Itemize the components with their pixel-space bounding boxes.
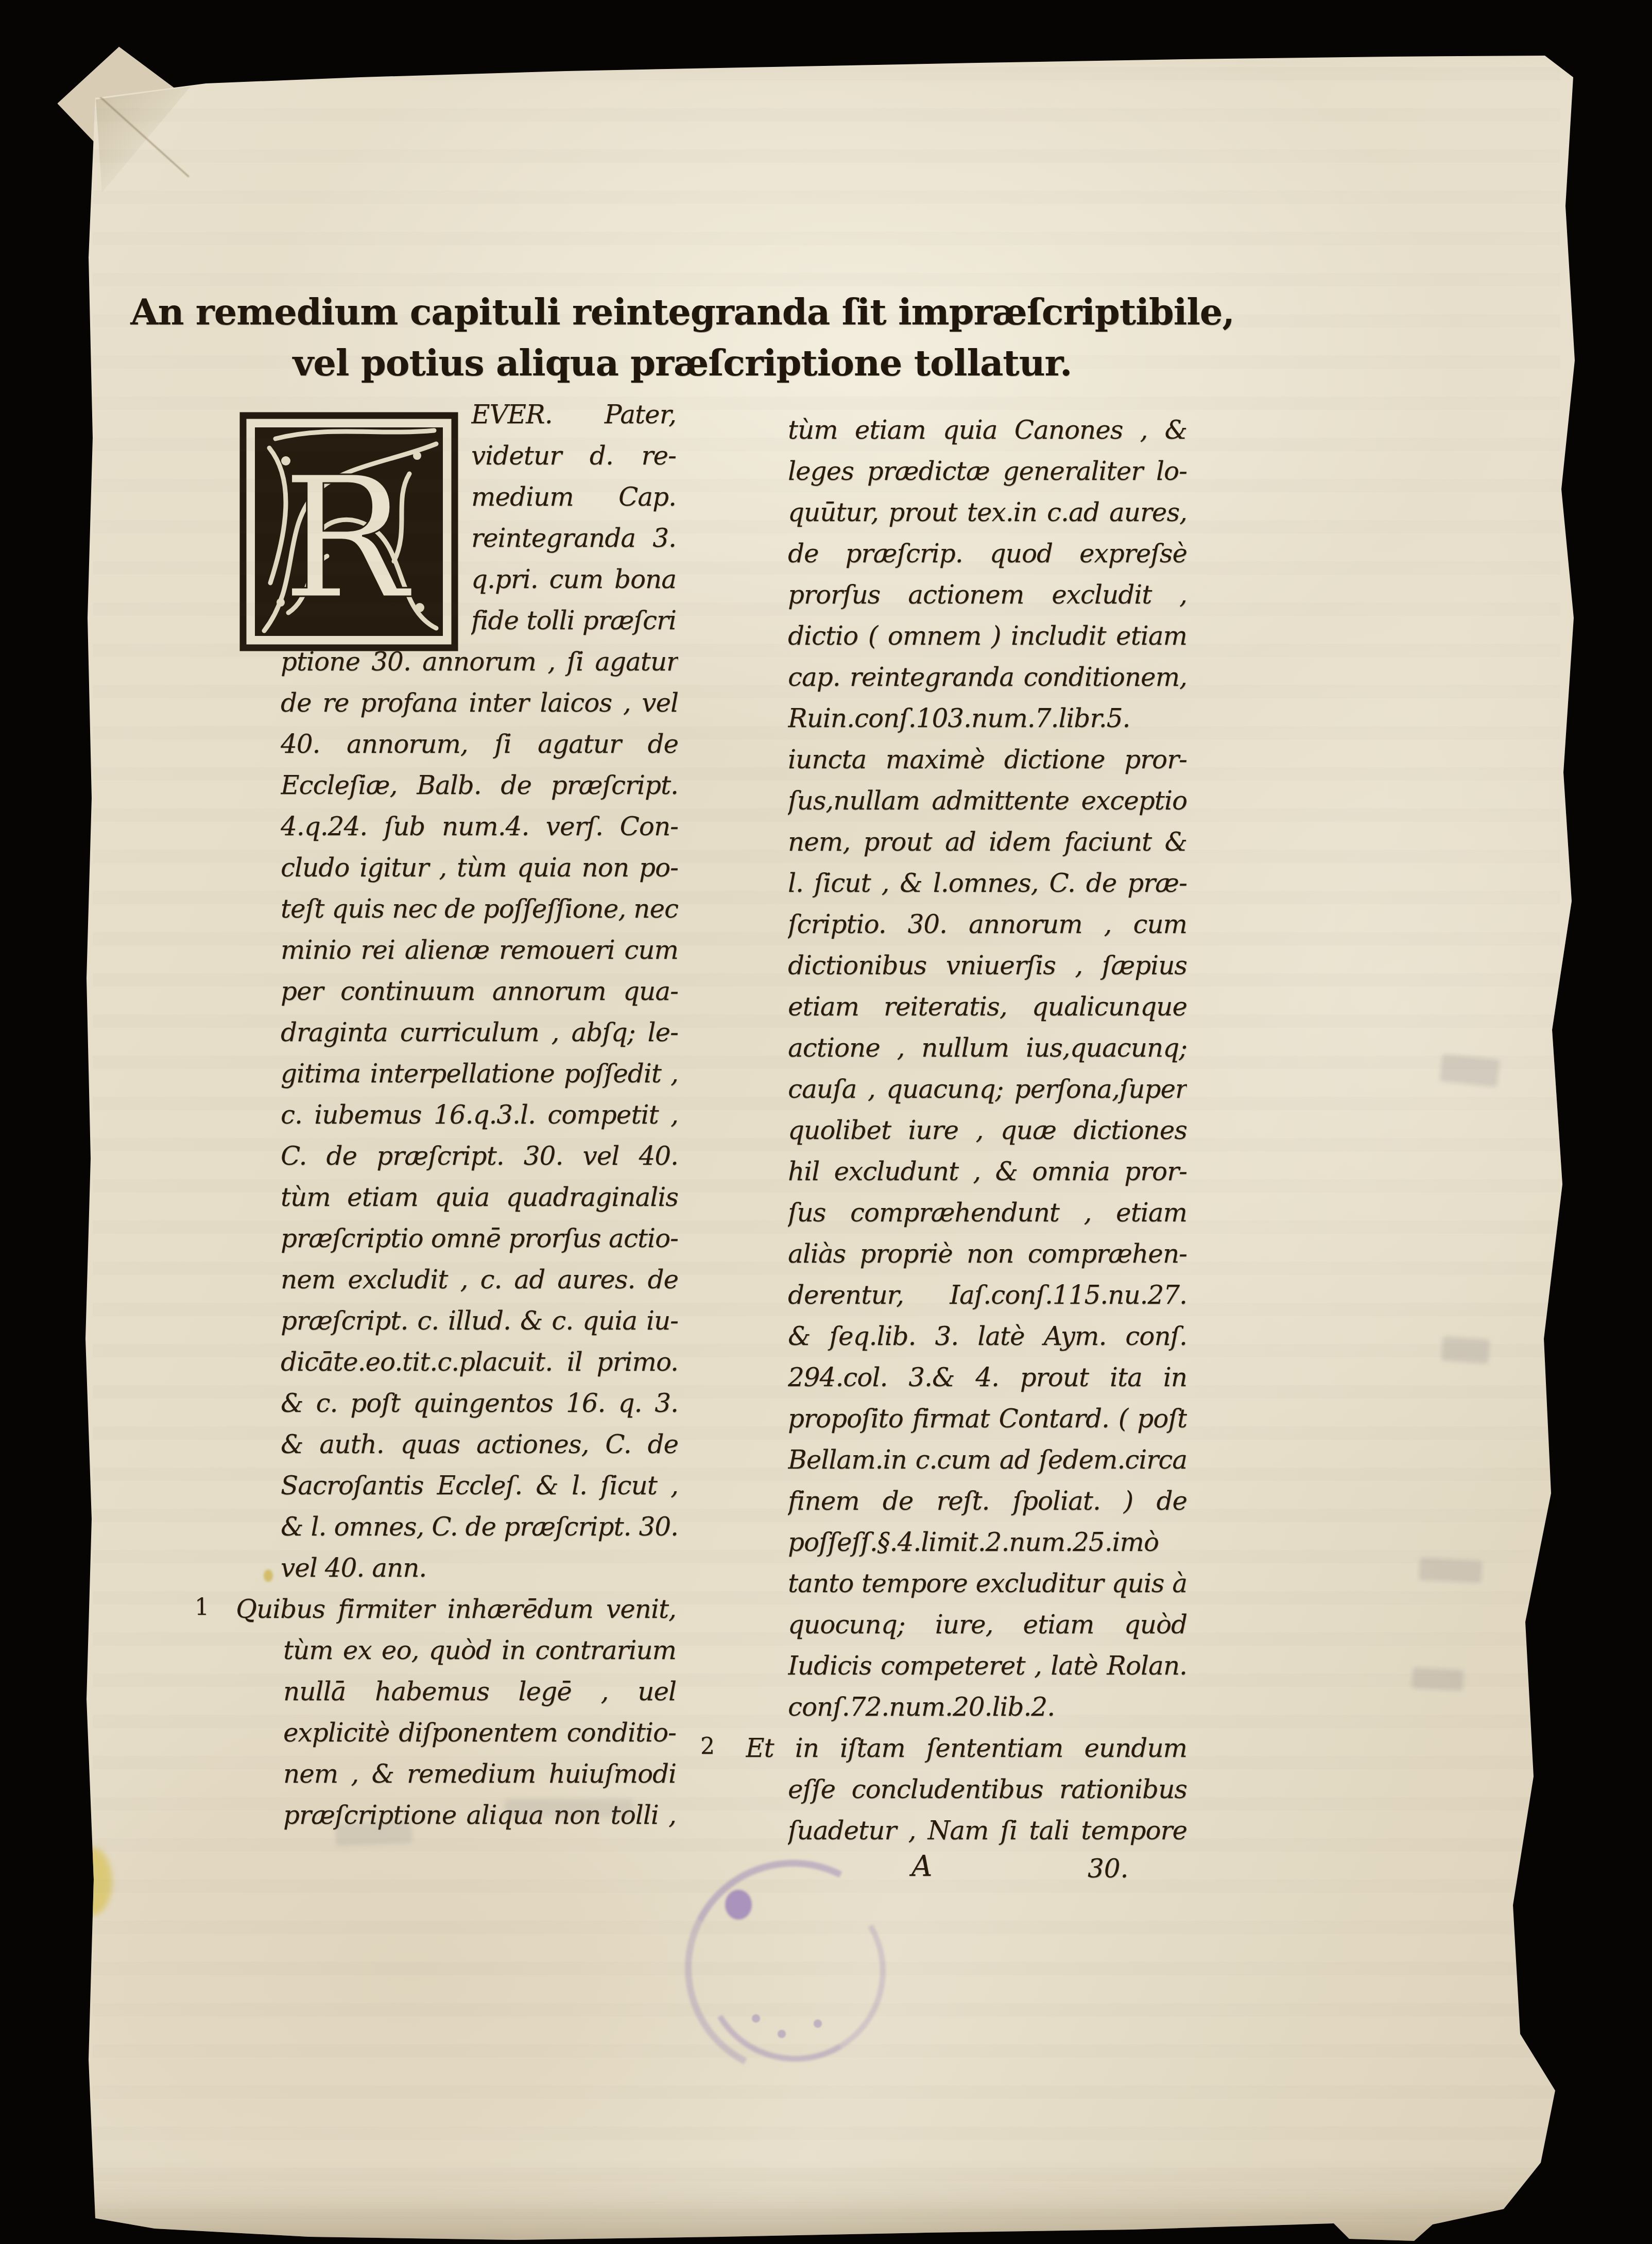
- library-stamp: [685, 1860, 901, 2076]
- text-line: ptione 30. annorum , ſi agatur: [281, 641, 678, 682]
- left-column-paragraph-2: Quibus firmiter inhærēdum venit, tùm ex …: [236, 1589, 676, 1836]
- text-line: draginta curriculum , abſq; le-: [281, 1012, 678, 1053]
- left-column-wrapped: EVER. Pater, videtur d. re- medium Cap. …: [471, 394, 676, 641]
- text-line: derentur, Iaſ.conſ.115.nu.27.: [788, 1274, 1187, 1316]
- text-line: prorſus actionem excludit , quæ: [788, 574, 1187, 615]
- text-line: C. de præſcript. 30. vel 40. ann.: [281, 1135, 678, 1177]
- text-line: videtur d. re-: [471, 435, 676, 476]
- text-line: nullā habemus legē , uel Canonē: [283, 1671, 676, 1712]
- text-line: tùm etiam quia Canones , &: [788, 409, 1187, 451]
- text-line: ſuadetur , Nam ſi tali tempore: [788, 1810, 1187, 1851]
- text-line: fide tolli præſcri: [471, 600, 676, 641]
- text-line: Iudicis competeret , latè Rolan.: [788, 1645, 1187, 1686]
- text-line: quūtur, prout tex.in c.ad aures,: [788, 492, 1187, 533]
- text-line: & c. poſt quingentos 16. q. 3.: [281, 1383, 678, 1424]
- text-line: tanto tempore excluditur quis à: [788, 1563, 1187, 1604]
- text-line: ſus,nullam admittente exceptio: [788, 780, 1187, 821]
- text-line: cap. reintegranda conditionem,: [788, 657, 1187, 698]
- text-line: reintegranda 3.: [471, 517, 676, 559]
- text-line: explicitè diſponentem conditio-: [283, 1712, 676, 1753]
- text-line: q.pri. cum bona: [471, 559, 676, 600]
- text-line: 40. annorum, ſi agatur de rebus: [281, 723, 678, 765]
- text-line: Quibus firmiter inhærēdum venit,: [236, 1589, 676, 1630]
- text-line: Eccleſiæ, Balb. de præſcript. par.: [281, 765, 678, 806]
- text-line: conſ.72.num.20.lib.2.: [788, 1686, 1187, 1728]
- yellow-stain: [72, 1848, 112, 1915]
- text-line: hil excludunt , & omnia pror-: [788, 1151, 1187, 1192]
- bleed-through-mark: [1439, 1054, 1500, 1087]
- text-line: de re profana inter laicos , vel: [281, 682, 678, 723]
- text-line: dicāte.eo.tit.c.placuit. il primo.: [281, 1341, 678, 1383]
- left-column: ptione 30. annorum , ſi agatur de re pro…: [281, 641, 678, 1589]
- text-line: præſcript. c. illud. & c. quia iu-: [281, 1300, 678, 1341]
- text-line: præſcriptio omnē prorſus actio-: [281, 1218, 678, 1259]
- paragraph-number: 1: [195, 1594, 209, 1620]
- woodcut-initial: R: [239, 412, 458, 651]
- text-line: 294.col. 3.& 4. prout ita in: [788, 1357, 1187, 1398]
- text-line: propoſito firmat Contard. ( poſt: [788, 1398, 1187, 1439]
- stamp-ink-blot: [725, 1890, 752, 1920]
- text-line: quocunq; iure, etiam quòd officio: [788, 1604, 1187, 1645]
- drop-cap-letter: R: [282, 441, 413, 636]
- scanned-book-page: An remedium capituli reintegranda ſit im…: [0, 0, 1652, 2244]
- text-line: & auth. quas actiones, C. de: [281, 1424, 678, 1465]
- text-line: Ruin.conſ.103.num.7.libr.5.: [788, 698, 1187, 739]
- text-line: medium Cap.: [471, 476, 676, 517]
- text-line: l. ſicut , & l.omnes, C. de præ-: [788, 862, 1187, 904]
- folio-number: 30.: [1088, 1854, 1129, 1884]
- text-line: Et in iſtam ſententiam eundum: [746, 1728, 1187, 1769]
- text-line: nem excludit , c. ad aures. de: [281, 1259, 678, 1300]
- title-line-2: vel potius aliqua præſcriptione tollatur…: [129, 337, 1236, 388]
- text-line: quolibet iure , quæ dictiones ni-: [788, 1110, 1187, 1151]
- text-line: Bellam.in c.cum ad ſedem.circa: [788, 1439, 1187, 1480]
- title-line-1: An remedium capituli reintegranda ſit im…: [129, 286, 1236, 337]
- text-line: etiam reiteratis, qualicunque: [788, 986, 1187, 1027]
- bleed-through-mark: [1419, 1558, 1483, 1583]
- text-line: actione , nullum ius,quacunq;: [788, 1027, 1187, 1068]
- text-line: EVER. Pater,: [471, 394, 676, 435]
- stamp-dot: [814, 2019, 822, 2028]
- text-line: nem , & remedium huiuſmodi: [283, 1753, 676, 1794]
- text-line: per continuum annorum qua-: [281, 971, 678, 1012]
- paragraph-number: 2: [700, 1733, 715, 1759]
- bleed-through-mark: [335, 1821, 412, 1845]
- small-stain: [264, 1569, 273, 1582]
- page-title: An remedium capituli reintegranda ſit im…: [129, 286, 1236, 388]
- stamp-outer-ring: [657, 1832, 929, 2104]
- text-line: leges prædictæ generaliter lo-: [788, 451, 1187, 492]
- stamp-dot: [778, 2030, 786, 2038]
- stamp-dot: [752, 2014, 760, 2023]
- text-line: dictio ( omnem ) includit etiam: [788, 615, 1187, 657]
- text-line: tùm ex eo, quòd in contrarium: [283, 1630, 676, 1671]
- stamp-inner-ring: [685, 1861, 905, 2081]
- text-line: cauſa , quacunq; perſona,ſuper: [788, 1068, 1187, 1110]
- text-line: minio rei alienæ remoueri cum: [281, 929, 678, 971]
- text-line: & ſeq.lib. 3. latè Aym. conſ.: [788, 1316, 1187, 1357]
- text-line: iuncta maximè dictione pror-: [788, 739, 1187, 780]
- text-line: ſus compræhendunt , etiam quæ: [788, 1192, 1187, 1233]
- text-line: de præſcrip. quod expreſsè omnē: [788, 533, 1187, 574]
- text-line: & l. omnes, C. de præſcript. 30.: [281, 1506, 678, 1547]
- text-line: nem, prout ad idem faciunt &: [788, 821, 1187, 862]
- text-line: Sacroſantis Eccleſ. & l. ſicut ,: [281, 1465, 678, 1506]
- text-line: teſt quis nec de poſſeſſione, nec do-: [281, 888, 678, 929]
- text-line: ſcriptio. 30. annorum , cum: [788, 904, 1187, 945]
- bleed-through-mark: [505, 1799, 633, 1818]
- right-column-paragraph-2: Et in iſtam ſententiam eundum eſſe concl…: [746, 1728, 1187, 1851]
- text-line: eſſe concludentibus rationibus: [788, 1769, 1187, 1810]
- text-line: 4.q.24. ſub num.4. verſ. Con-: [281, 806, 678, 847]
- bleed-through-mark: [1412, 1667, 1464, 1691]
- text-line: aliàs propriè non compræhen-: [788, 1233, 1187, 1274]
- text-line: c. iubemus 16.q.3.l. competit ,: [281, 1094, 678, 1135]
- corner-crease-line: [93, 90, 190, 178]
- text-line: tùm etiam quia quadraginalis: [281, 1177, 678, 1218]
- signature-mark: A: [911, 1850, 932, 1883]
- text-line: gitima interpellatione poſſedit ,: [281, 1053, 678, 1094]
- text-line: dictionibus vniuerſis , ſæpius: [788, 945, 1187, 986]
- paper-leaf: An remedium capituli reintegranda ſit im…: [0, 0, 1652, 2244]
- text-line: cludo igitur , tùm quia non po-: [281, 847, 678, 888]
- text-line: finem de reſt. ſpoliat. ) de momēt.: [788, 1480, 1187, 1522]
- right-column: tùm etiam quia Canones , & leges prædict…: [788, 409, 1187, 1728]
- text-line: vel 40. ann.: [281, 1547, 678, 1589]
- text-line: poſſeſſ.§.4.limit.2.num.25.imò: [788, 1522, 1187, 1563]
- bleed-through-mark: [1441, 1336, 1490, 1364]
